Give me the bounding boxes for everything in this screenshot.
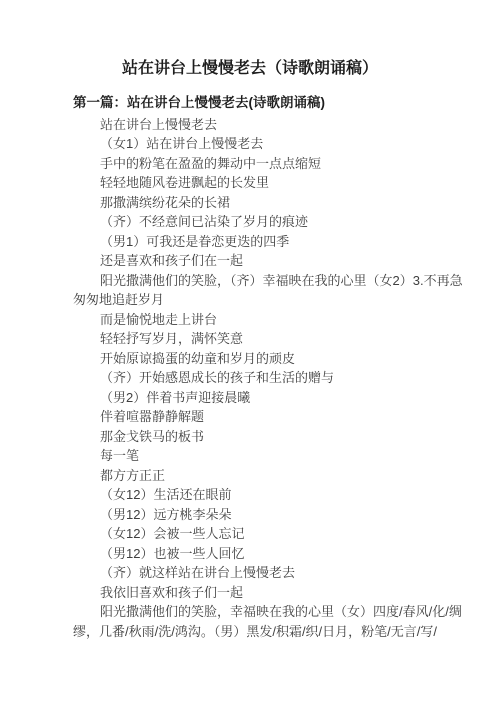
- poem-line: （齐）不经意间已沾染了岁月的痕迹: [73, 212, 480, 232]
- poem-line: 阳光撒满他们的笑脸，（齐）幸福映在我的心里（女2）3.不再急: [73, 271, 480, 291]
- poem-line: （女12）会被一些人忘记: [73, 524, 480, 544]
- poem-line: （男2）伴着书声迎接晨曦: [73, 388, 480, 408]
- poem-line: 还是喜欢和孩子们在一起: [73, 251, 480, 271]
- poem-line: 轻轻地随风卷进飘起的长发里: [73, 173, 480, 193]
- poem-line: 阳光撒满他们的笑脸，幸福映在我的心里（女）四度/春风/化/绸: [73, 602, 480, 622]
- poem-line: （齐）就这样站在讲台上慢慢老去: [73, 563, 480, 583]
- poem-line: 那金戈铁马的板书: [73, 427, 480, 447]
- section-heading: 第一篇：站在讲台上慢慢老去(诗歌朗诵稿): [73, 93, 500, 113]
- poem-line: （女1）站在讲台上慢慢老去: [73, 134, 480, 154]
- poem-line: （男12）远方桃李朵朵: [73, 505, 480, 525]
- poem-line: 那撒满缤纷花朵的长裙: [73, 193, 480, 213]
- poem-line: 开始原谅捣蛋的幼童和岁月的顽皮: [73, 349, 480, 369]
- page-title: 站在讲台上慢慢老去（诗歌朗诵稿）: [0, 0, 500, 79]
- poem-line: 伴着喧嚣静静解题: [73, 407, 480, 427]
- poem-line: （男12）也被一些人回忆: [73, 544, 480, 564]
- poem-line: 而是愉悦地走上讲台: [73, 310, 480, 330]
- poem-line: （齐）开始感恩成长的孩子和生活的赠与: [73, 368, 480, 388]
- poem-line: （男1）可我还是眷恋更迭的四季: [73, 232, 480, 252]
- poem-line: 都方方正正: [73, 466, 480, 486]
- poem-line: 手中的粉笔在盈盈的舞动中一点点缩短: [73, 154, 480, 174]
- poem-line: 站在讲台上慢慢老去: [73, 115, 480, 135]
- poem-line: 匆匆地追赶岁月: [73, 290, 480, 310]
- poem-line: 轻轻抒写岁月，满怀笑意: [73, 329, 480, 349]
- poem-line: 每一笔: [73, 446, 480, 466]
- poem-line: 我依旧喜欢和孩子们一起: [73, 583, 480, 603]
- document-page: 站在讲台上慢慢老去（诗歌朗诵稿） 第一篇：站在讲台上慢慢老去(诗歌朗诵稿) 站在…: [0, 0, 500, 707]
- poem-line: （女12）生活还在眼前: [73, 485, 480, 505]
- poem-line: 缪，几番/秋雨/洗/鸿沟。（男）黑发/积霜/织/日月，粉笔/无言/写/: [73, 622, 480, 642]
- poem-lines: 站在讲台上慢慢老去（女1）站在讲台上慢慢老去手中的粉笔在盈盈的舞动中一点点缩短轻…: [73, 115, 480, 642]
